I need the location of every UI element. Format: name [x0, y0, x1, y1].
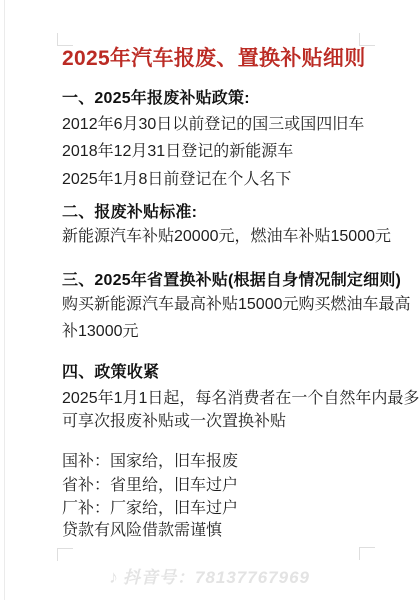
section-3-heading: 三、2025年省置换补贴(根据自身情况制定细则) [62, 270, 382, 292]
section-1-heading: 一、2025年报废补贴政策: [62, 88, 382, 110]
section-3-line-2: 补13000元 [62, 321, 382, 343]
footer-line-province-subsidy: 省补：省里给，旧车过户 [62, 475, 382, 497]
section-2-heading: 二、报废补贴标准: [62, 202, 382, 224]
douyin-watermark: ♪抖音号：78137767969 [0, 565, 419, 589]
douyin-watermark-label: 抖音号： [123, 568, 195, 587]
page-title: 2025年汽车报废、置换补贴细则 [62, 46, 392, 72]
section-3-line-1: 购买新能源汽车最高补贴15000元购买燃油车最高 [62, 294, 382, 316]
footer-line-national-subsidy: 国补：国家给，旧车报废 [62, 451, 382, 473]
crop-corner-mark-top-left [57, 33, 73, 46]
section-4-heading: 四、政策收紧 [62, 362, 382, 384]
left-edge-divider [4, 0, 5, 600]
section-1-line-1: 2012年6月30日以前登记的国三或国四旧车 [62, 114, 382, 136]
douyin-watermark-number: 78137767969 [195, 568, 310, 587]
section-1-line-2: 2018年12月31日登记的新能源车 [62, 141, 382, 163]
section-4-line-2: 可享次报废补贴或一次置换补贴 [62, 411, 382, 433]
crop-corner-mark-top-right [359, 33, 375, 46]
crop-corner-mark-bottom-left [57, 548, 73, 561]
footer-line-manufacturer-subsidy: 厂补：厂家给，旧车过户 [62, 498, 382, 520]
section-1-line-3: 2025年1月8日前登记在个人名下 [62, 169, 382, 191]
crop-corner-mark-bottom-right [359, 547, 375, 560]
footer-line-loan-warning: 贷款有风险借款需谨慎 [62, 520, 382, 542]
subsidy-policy-poster: 2025年汽车报废、置换补贴细则 一、2025年报废补贴政策: 2012年6月3… [0, 0, 419, 600]
section-2-line-1: 新能源汽车补贴20000元，燃油车补贴15000元 [62, 226, 382, 248]
section-4-line-1: 2025年1月1日起，每名消费者在一个自然年内最多 [62, 388, 382, 410]
douyin-note-icon: ♪ [109, 567, 119, 587]
